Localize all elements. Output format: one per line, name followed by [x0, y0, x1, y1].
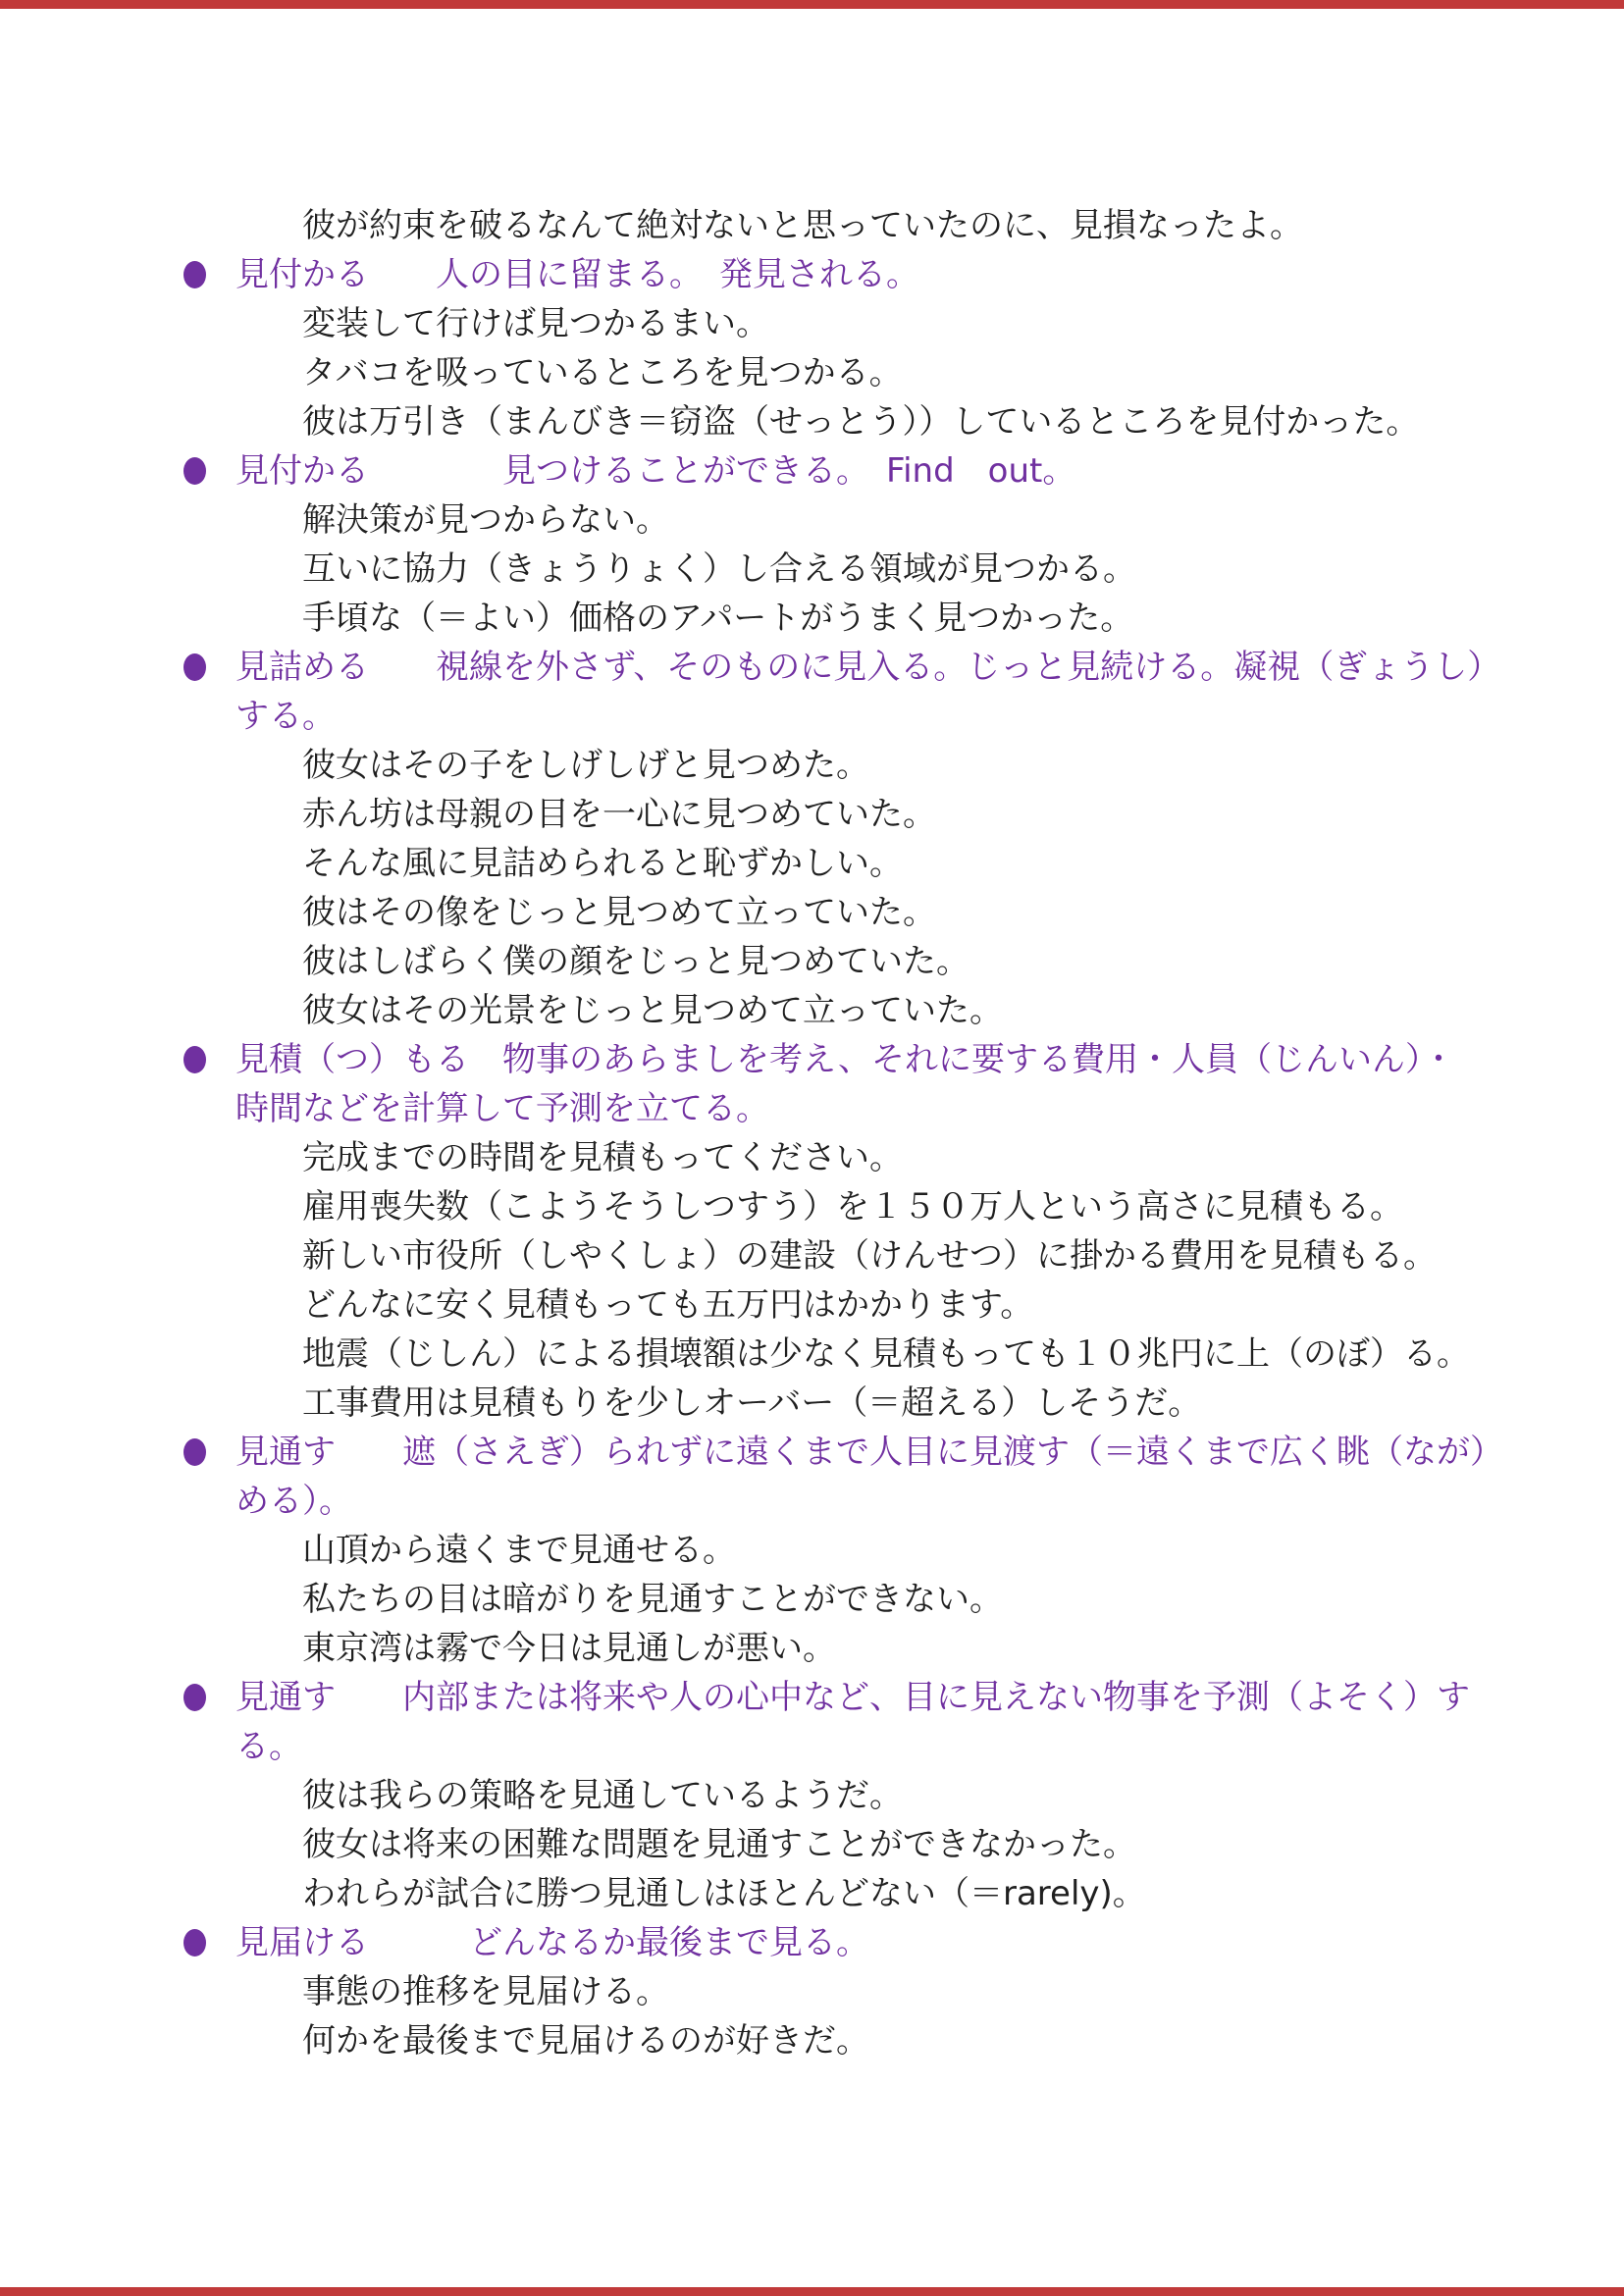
example-row: 彼女は将来の困難な問題を見通すことができなかった。	[0, 1820, 1624, 1869]
example-row: 私たちの目は暗がりを見通すことができない。	[0, 1575, 1624, 1624]
bullet-marker-icon	[183, 1046, 206, 1073]
example-sentence: われらが試合に勝つ見通しはほとんどない（＝rarely)。	[302, 1874, 1146, 1913]
example-row: 彼女はその子をしげしげと見つめた。	[0, 741, 1624, 790]
example-sentence: 新しい市役所（しやくしょ）の建設（けんせつ）に掛かる費用を見積もる。	[302, 1236, 1437, 1276]
example-row: そんな風に見詰められると恥ずかしい。	[0, 839, 1624, 888]
bullet-marker-icon	[183, 1929, 206, 1957]
example-sentence: 私たちの目は暗がりを見通すことができない。	[302, 1580, 1003, 1619]
example-row: 東京湾は霧で今日は見通しが悪い。	[0, 1624, 1624, 1673]
entry-definition: 遮（さえぎ）られずに遠くまで人目に見渡す（＝遠くまで広く眺（なが）	[402, 1433, 1503, 1472]
example-sentence: 赤ん坊は母親の目を一心に見つめていた。	[302, 795, 936, 834]
entry-term: 見詰める	[236, 648, 369, 687]
entry-heading: 見付かる 見つけることができる。 Find out。	[0, 446, 1624, 496]
entry-heading: 見詰める 視線を外さず、そのものに見入る。じっと見続ける。凝視（ぎょうし）	[0, 643, 1624, 692]
entry-definition-continued: める）。	[0, 1477, 1624, 1526]
example-row: 地震（じしん）による損壊額は少なく見積もっても１０兆円に上（のぼ）る。	[0, 1330, 1624, 1379]
example-sentence: 彼女はその光景をじっと見つめて立っていた。	[302, 991, 1003, 1030]
entry-gap	[369, 648, 436, 687]
example-row: 互いに協力（きょうりょく）し合える領域が見つかる。	[0, 545, 1624, 594]
example-sentence: 事態の推移を見届ける。	[302, 1972, 669, 2011]
example-sentence: 彼は万引き（まんびき＝窃盗（せっとう））しているところを見付かった。	[302, 402, 1419, 442]
example-row: タバコを吸っているところを見つかる。	[0, 348, 1624, 397]
example-row: 変装して行けば見つかるまい。	[0, 299, 1624, 348]
example-row: 彼は万引き（まんびき＝窃盗（せっとう））しているところを見付かった。	[0, 397, 1624, 446]
entry-heading: 見届ける どんなるか最後まで見る。	[0, 1918, 1624, 1967]
entry-definition: 物事のあらましを考え、それに要する費用・人員（じんいん）・	[502, 1040, 1455, 1079]
example-sentence: タバコを吸っているところを見つかる。	[302, 353, 903, 392]
entry-definition: 見つけることができる。 Find out。	[502, 451, 1075, 491]
entry-gap	[369, 1923, 469, 1962]
entry-definition-continued: る。	[0, 1722, 1624, 1771]
entry-heading: 見付かる 人の目に留まる。 発見される。	[0, 250, 1624, 299]
entry-definition-text: る。	[236, 1727, 302, 1766]
entry-term: 見付かる	[236, 255, 369, 294]
example-sentence: 雇用喪失数（こようそうしつすう）を１５０万人という高さに見積もる。	[302, 1187, 1403, 1226]
example-row: 彼は我らの策略を見通しているようだ。	[0, 1771, 1624, 1820]
example-sentence: 解決策が見つからない。	[302, 500, 669, 540]
bullet-marker-icon	[183, 653, 206, 681]
example-row: 雇用喪失数（こようそうしつすう）を１５０万人という高さに見積もる。	[0, 1182, 1624, 1231]
bullet-marker-icon	[183, 457, 206, 485]
example-row: どんなに安く見積もっても五万円はかかります。	[0, 1280, 1624, 1330]
example-row: 何かを最後まで見届けるのが好きだ。	[0, 2016, 1624, 2065]
example-sentence: 彼は我らの策略を見通しているようだ。	[302, 1776, 903, 1815]
example-sentence: 彼女は将来の困難な問題を見通すことができなかった。	[302, 1825, 1136, 1864]
example-sentence: 手頃な（＝よい）価格のアパートがうまく見つかった。	[302, 599, 1133, 638]
entry-heading: 見積（つ）もる 物事のあらましを考え、それに要する費用・人員（じんいん）・	[0, 1035, 1624, 1084]
example-row: 山頂から遠くまで見通せる。	[0, 1526, 1624, 1575]
example-sentence: 彼はその像をじっと見つめて立っていた。	[302, 893, 936, 932]
example-sentence: 東京湾は霧で今日は見通しが悪い。	[302, 1629, 836, 1668]
intro-line: 彼が約束を破るなんて絶対ないと思っていたのに、見損なったよ。	[0, 201, 1624, 250]
example-row: 手頃な（＝よい）価格のアパートがうまく見つかった。	[0, 594, 1624, 643]
entry-gap	[469, 1040, 502, 1079]
page-edge-top	[0, 0, 1624, 9]
example-row: 工事費用は見積もりを少しオーバー（＝超える）しそうだ。	[0, 1379, 1624, 1428]
entry-definition-continued: 時間などを計算して予測を立てる。	[0, 1084, 1624, 1133]
entry-definition: 視線を外さず、そのものに見入る。じっと見続ける。凝視（ぎょうし）	[436, 648, 1500, 687]
entry-definition-text: める）。	[236, 1482, 352, 1521]
example-sentence: 工事費用は見積もりを少しオーバー（＝超える）しそうだ。	[302, 1383, 1201, 1423]
bullet-marker-icon	[183, 1438, 206, 1466]
example-sentence: そんな風に見詰められると恥ずかしい。	[302, 844, 903, 883]
example-sentence: 地震（じしん）による損壊額は少なく見積もっても１０兆円に上（のぼ）る。	[302, 1334, 1470, 1374]
example-sentence: 変装して行けば見つかるまい。	[302, 304, 769, 343]
entry-term: 見通す	[236, 1678, 336, 1717]
example-sentence: 彼女はその子をしげしげと見つめた。	[302, 746, 869, 785]
page-edge-bottom	[0, 2287, 1624, 2296]
intro-sentence: 彼が約束を破るなんて絶対ないと思っていたのに、見損なったよ。	[302, 206, 1303, 245]
example-sentence: どんなに安く見積もっても五万円はかかります。	[302, 1285, 1033, 1325]
entry-gap	[336, 1678, 402, 1717]
entry-definition-text: する。	[236, 697, 336, 736]
entry-definition-continued: する。	[0, 692, 1624, 741]
example-row: 赤ん坊は母親の目を一心に見つめていた。	[0, 790, 1624, 839]
example-row: 彼女はその光景をじっと見つめて立っていた。	[0, 986, 1624, 1035]
entry-gap	[369, 255, 436, 294]
example-row: 解決策が見つからない。	[0, 496, 1624, 545]
entry-gap	[336, 1433, 402, 1472]
entry-term: 見届ける	[236, 1923, 369, 1962]
example-row: われらが試合に勝つ見通しはほとんどない（＝rarely)。	[0, 1869, 1624, 1918]
entry-definition-text: 時間などを計算して予測を立てる。	[236, 1089, 769, 1128]
entry-gap	[369, 451, 502, 491]
entry-definition: どんなるか最後まで見る。	[469, 1923, 869, 1962]
example-sentence: 何かを最後まで見届けるのが好きだ。	[302, 2021, 869, 2061]
entry-term: 見通す	[236, 1433, 336, 1472]
example-sentence: 完成までの時間を見積もってください。	[302, 1138, 903, 1177]
entry-term: 見積（つ）もる	[236, 1040, 469, 1079]
bullet-marker-icon	[183, 261, 206, 288]
entry-definition: 内部または将来や人の心中など、目に見えない物事を予測（よそく）す	[402, 1678, 1470, 1717]
example-sentence: 彼はしばらく僕の顔をじっと見つめていた。	[302, 942, 969, 981]
entry-definition: 人の目に留まる。 発見される。	[436, 255, 919, 294]
document-content: 彼が約束を破るなんて絶対ないと思っていたのに、見損なったよ。見付かる 人の目に留…	[0, 201, 1624, 2065]
bullet-marker-icon	[183, 1684, 206, 1711]
example-row: 彼はその像をじっと見つめて立っていた。	[0, 888, 1624, 937]
entry-term: 見付かる	[236, 451, 369, 491]
example-row: 新しい市役所（しやくしょ）の建設（けんせつ）に掛かる費用を見積もる。	[0, 1231, 1624, 1280]
example-sentence: 互いに協力（きょうりょく）し合える領域が見つかる。	[302, 549, 1136, 589]
example-row: 彼はしばらく僕の顔をじっと見つめていた。	[0, 937, 1624, 986]
entry-heading: 見通す 遮（さえぎ）られずに遠くまで人目に見渡す（＝遠くまで広く眺（なが）	[0, 1428, 1624, 1477]
example-row: 完成までの時間を見積もってください。	[0, 1133, 1624, 1182]
entry-heading: 見通す 内部または将来や人の心中など、目に見えない物事を予測（よそく）す	[0, 1673, 1624, 1722]
example-row: 事態の推移を見届ける。	[0, 1967, 1624, 2016]
example-sentence: 山頂から遠くまで見通せる。	[302, 1531, 736, 1570]
